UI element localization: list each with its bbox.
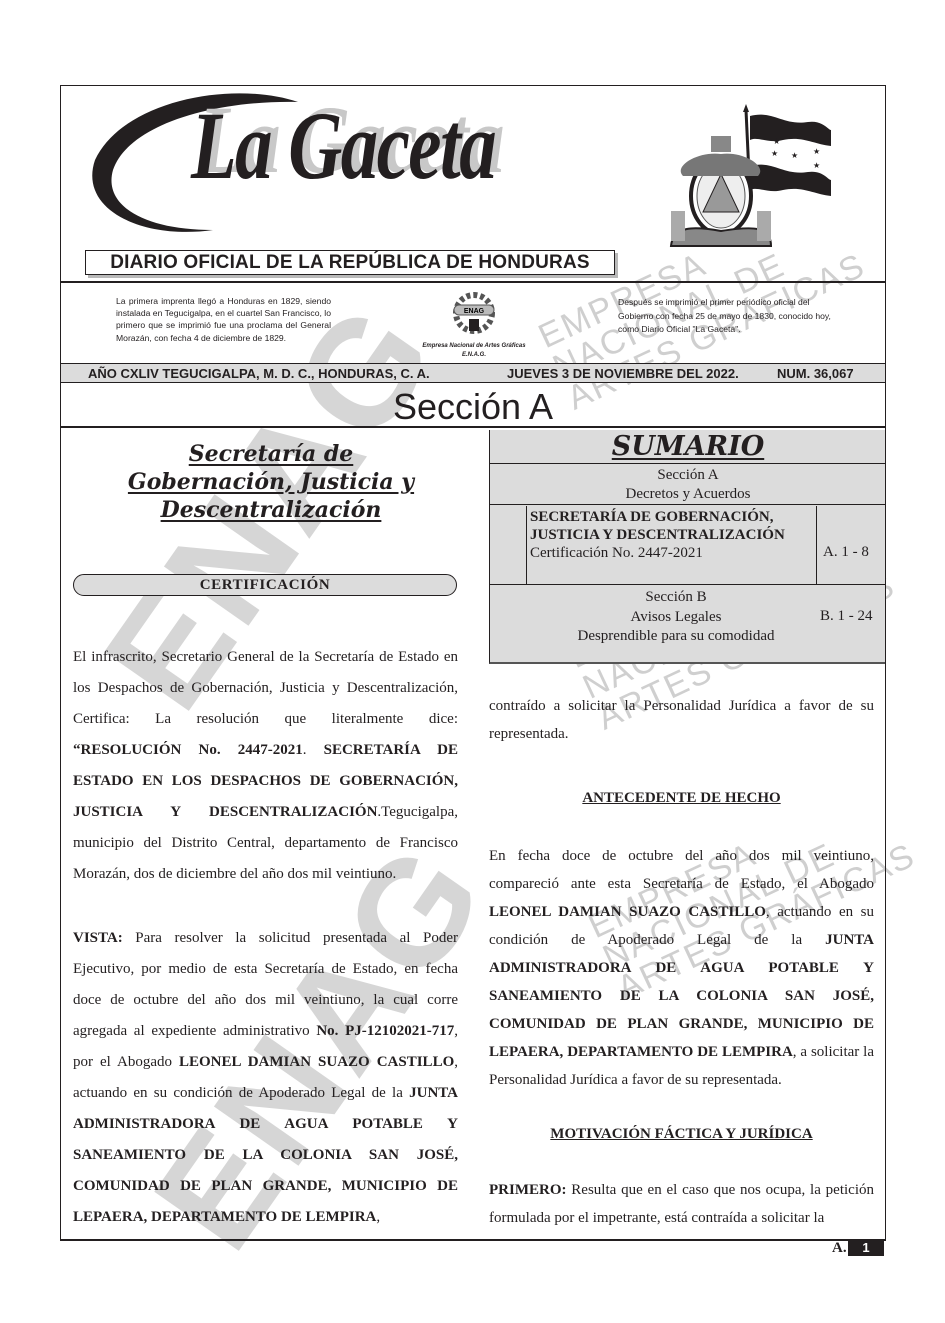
sumario-title: SUMARIO (490, 430, 886, 464)
date-bar: AÑO CXLIV TEGUCIGALPA, M. D. C., HONDURA… (61, 363, 885, 383)
sumario-entry[interactable]: SECRETARÍA DE GOBERNACIÓN, JUSTICIA Y DE… (490, 506, 886, 585)
page-section-label: A. (832, 1240, 847, 1257)
sumario-entry-pages: A. 1 - 8 (816, 506, 886, 585)
page-number: 1 (848, 1240, 884, 1256)
masthead: La Gaceta DIARIO OFICIAL DE LA REPÚBLICA… (61, 86, 885, 283)
paragraph-intro: El infrascrito, Secretario General de la… (73, 642, 458, 890)
svg-text:ENAG: ENAG (464, 308, 485, 315)
svg-text:★: ★ (813, 161, 820, 170)
history-strip: La primera imprenta llegó a Honduras en … (61, 285, 885, 363)
paragraph-antecedente: En fecha doce de octubre del año dos mil… (489, 842, 874, 1094)
enag-full-name: Empresa Nacional de Artes Gráficas (406, 342, 542, 351)
heading-antecedente: ANTECEDENTE DE HECHO (489, 790, 874, 807)
enag-abbr: E.N.A.G. (406, 351, 542, 360)
certification-label: CERTIFICACIÓN (73, 574, 457, 596)
coat-of-arms-flag-icon: ★ ★ ★ ★ ★ (653, 96, 843, 266)
newspaper-subtitle: DIARIO OFICIAL DE LA REPÚBLICA DE HONDUR… (85, 250, 615, 275)
heading-motivacion: MOTIVACIÓN FÁCTICA Y JURÍDICA (489, 1126, 874, 1143)
history-left-text: La primera imprenta llegó a Honduras en … (116, 295, 331, 344)
page-frame: La Gaceta DIARIO OFICIAL DE LA REPÚBLICA… (60, 85, 886, 1241)
left-column: Secretaría de Gobernación, Justicia y De… (61, 430, 475, 1240)
sumario-section-b-pages: B. 1 - 24 (820, 607, 873, 627)
paragraph-primero: PRIMERO: Resulta que en el caso que nos … (489, 1176, 874, 1232)
sumario-box: SUMARIO Sección A Decretos y Acuerdos SE… (489, 430, 885, 664)
issue-number: NUM. 36,067 (777, 364, 854, 383)
sumario-section-b[interactable]: Sección B Avisos Legales Desprendible pa… (490, 586, 886, 662)
sumario-section-a: Sección A Decretos y Acuerdos (490, 465, 886, 505)
svg-text:★: ★ (813, 147, 820, 156)
paragraph-vista: VISTA: Para resolver la solicitud presen… (73, 923, 458, 1233)
section-title: Sección A (61, 384, 885, 428)
svg-text:★: ★ (773, 137, 780, 146)
newspaper-title: La Gaceta (191, 98, 495, 194)
year-place: AÑO CXLIV TEGUCIGALPA, M. D. C., HONDURA… (88, 364, 430, 383)
paragraph-continuation: contraído a solicitar la Personalidad Ju… (489, 692, 874, 748)
svg-text:★: ★ (771, 149, 778, 158)
ministry-heading: Secretaría de Gobernación, Justicia y De… (61, 440, 481, 524)
issue-date: JUEVES 3 DE NOVIEMBRE DEL 2022. (507, 364, 739, 383)
gear-icon: ENAG (450, 289, 498, 337)
svg-text:★: ★ (791, 151, 798, 160)
enag-logo: ENAG Empresa Nacional de Artes Gráficas … (406, 289, 542, 360)
history-right-text: Después se imprimió el primer periódico … (618, 296, 843, 337)
